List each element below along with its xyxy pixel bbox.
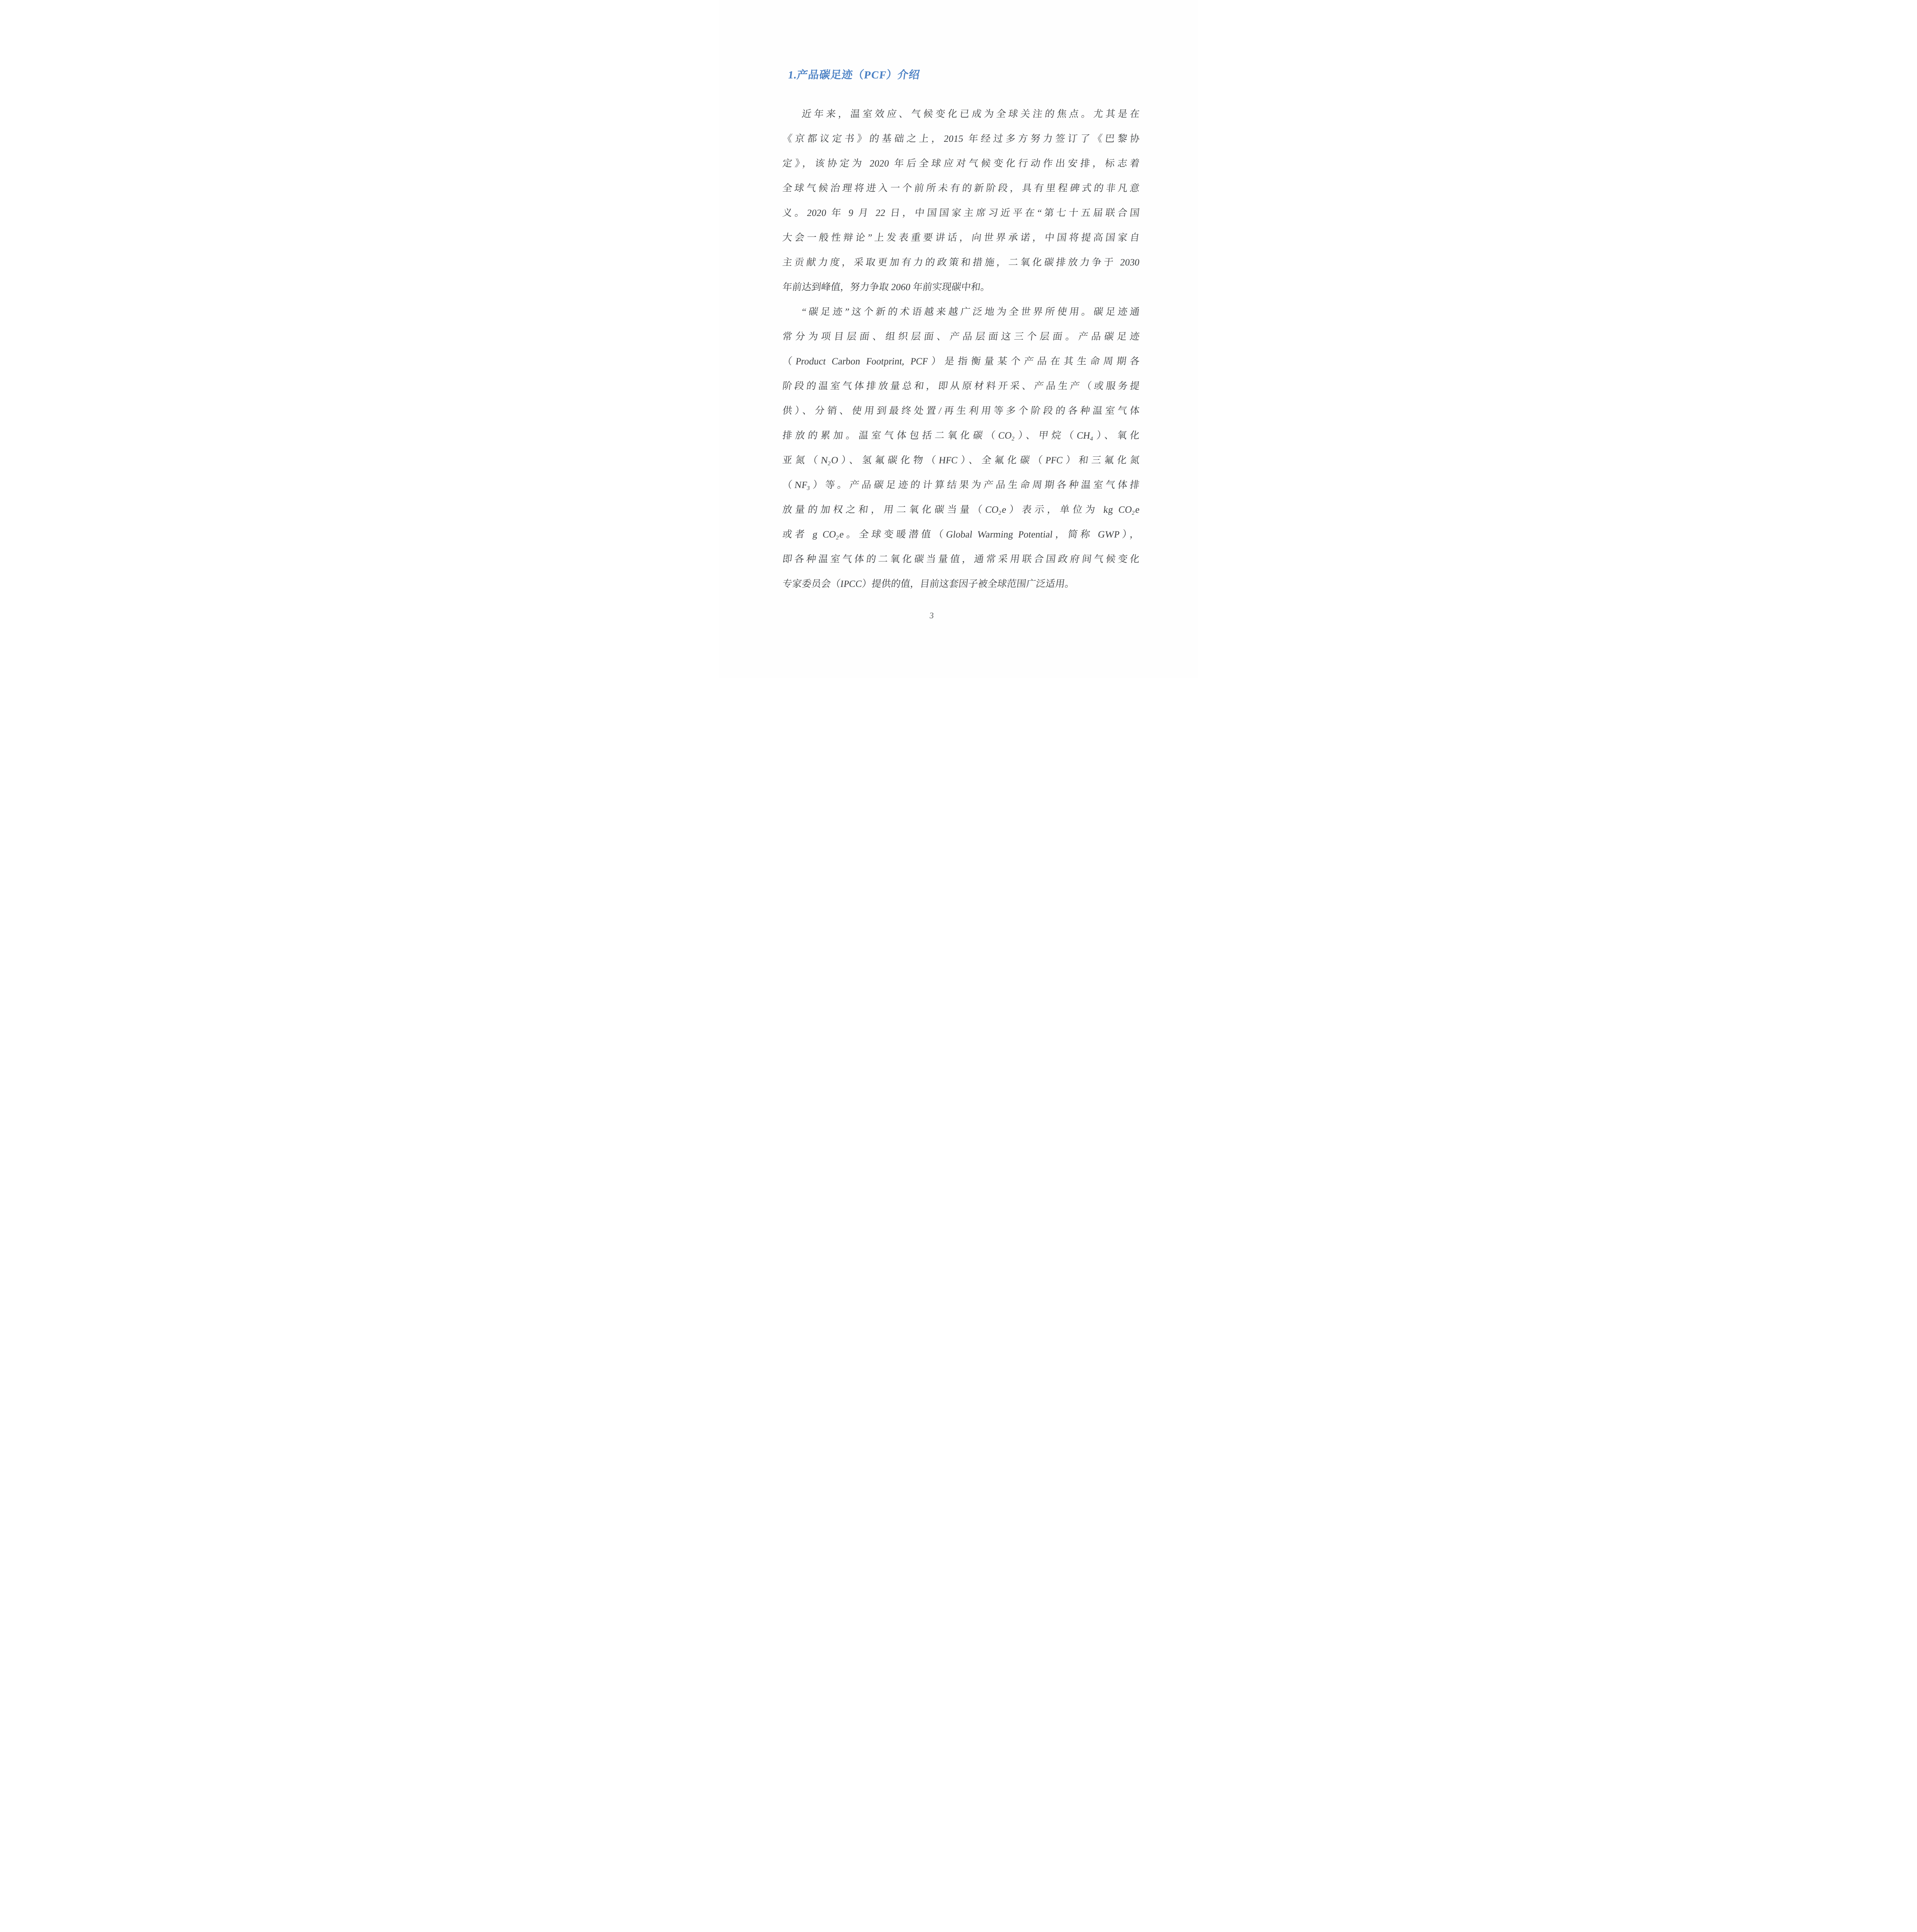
text-line: （NF₃）等。产品碳足迹的计算结果为产品生命周期各种温室气体排	[781, 473, 1141, 498]
text-line: 供）、分销、使用到最终处置/再生利用等多个阶段的各种温室气体	[781, 399, 1141, 423]
text-line: 阶段的温室气体排放量总和，即从原材料开采、产品生产（或服务提	[781, 374, 1141, 399]
page-content: 1.产品碳足迹（PCF）介绍 近年来，温室效应、气候变化已成为全球关注的焦点。尤…	[781, 62, 1138, 597]
section-heading: 1.产品碳足迹（PCF）介绍	[786, 62, 1141, 89]
document-page: 1.产品碳足迹（PCF）介绍 近年来，温室效应、气候变化已成为全球关注的焦点。尤…	[719, 0, 1198, 678]
text-line: 《京都议定书》的基础之上，2015 年经过多方努力签订了《巴黎协	[781, 127, 1141, 151]
text-line: 放量的加权之和，用二氧化碳当量（CO₂e）表示，单位为 kg CO₂e	[781, 498, 1141, 522]
text-line: 定》，该协定为 2020 年后全球应对气候变化行动作出安排，标志着	[781, 151, 1141, 176]
text-line: 全球气候治理将进入一个前所未有的新阶段，具有里程碑式的非凡意	[781, 176, 1141, 201]
text-line: 年前达到峰值，努力争取 2060 年前实现碳中和。	[781, 275, 1141, 300]
page-number: 3	[900, 611, 963, 621]
text-line: “碳足迹”这个新的术语越来越广泛地为全世界所使用。碳足迹通	[781, 300, 1141, 325]
text-line: （Product Carbon Footprint, PCF）是指衡量某个产品在…	[781, 349, 1141, 374]
text-line: 或者 g CO₂e。全球变暖潜值（Global Warming Potentia…	[781, 522, 1141, 547]
body-text: 近年来，温室效应、气候变化已成为全球关注的焦点。尤其是在《京都议定书》的基础之上…	[781, 102, 1138, 597]
text-line: 大会一般性辩论”上发表重要讲话，向世界承诺，中国将提高国家自	[781, 226, 1141, 250]
text-line: 义。2020 年 9 月 22 日，中国国家主席习近平在“第七十五届联合国	[781, 201, 1141, 226]
text-line: 亚氮（N₂O）、氢氟碳化物（HFC）、全氟化碳（PFC）和三氟化氮	[781, 448, 1141, 473]
text-line: 近年来，温室效应、气候变化已成为全球关注的焦点。尤其是在	[781, 102, 1141, 127]
text-line: 即各种温室气体的二氧化碳当量值，通常采用联合国政府间气候变化	[781, 547, 1141, 572]
text-line: 主贡献力度，采取更加有力的政策和措施，二氧化碳排放力争于 2030	[781, 250, 1141, 275]
text-line: 常分为项目层面、组织层面、产品层面这三个层面。产品碳足迹	[781, 325, 1141, 349]
text-line: 专家委员会（IPCC）提供的值，目前这套因子被全球范围广泛适用。	[781, 572, 1141, 597]
text-line: 排放的累加。温室气体包括二氧化碳（CO₂）、甲烷（CH₄）、氧化	[781, 423, 1141, 448]
